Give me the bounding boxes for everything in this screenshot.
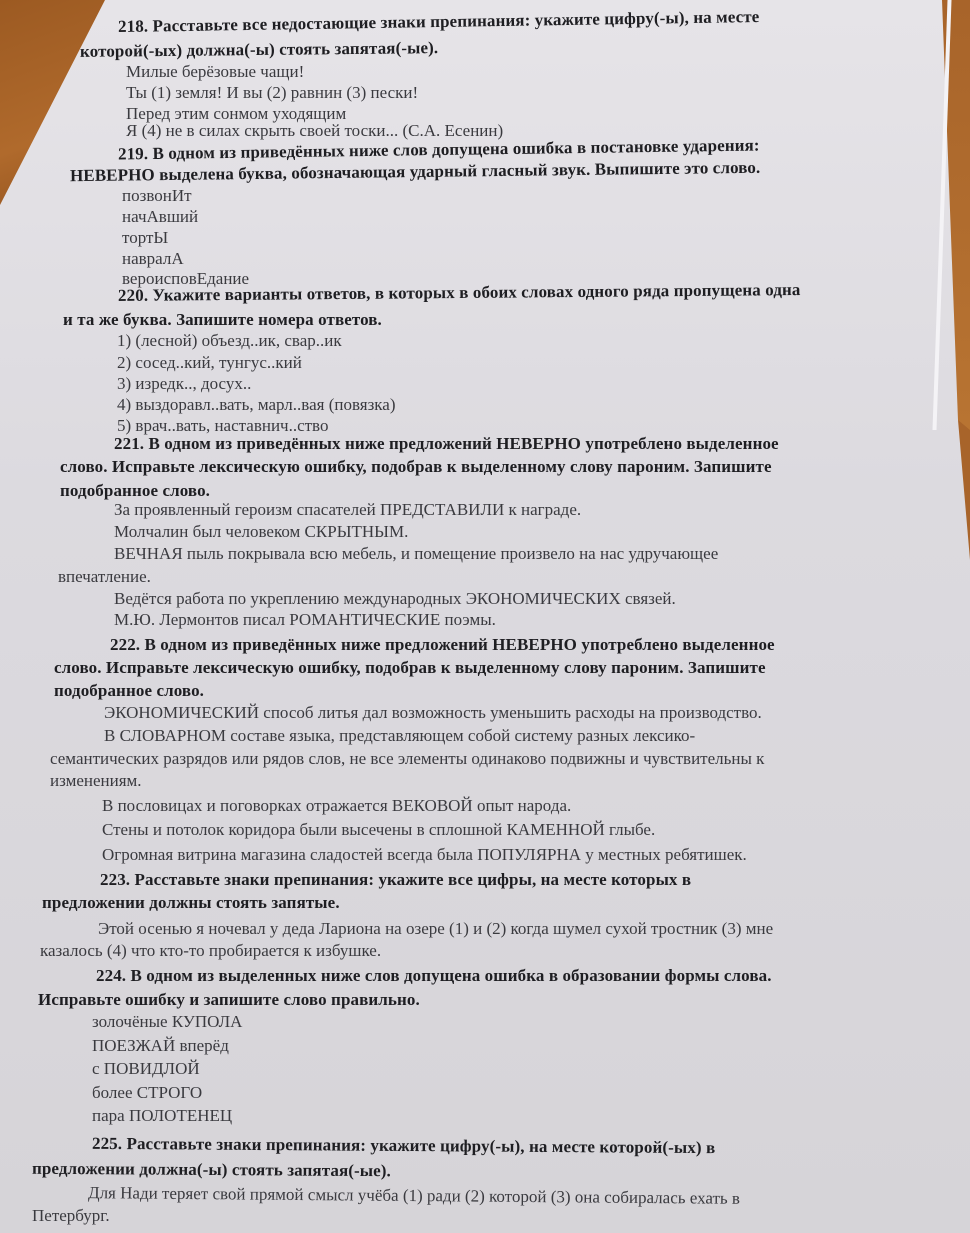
task-content-line: Петербург. xyxy=(32,1206,110,1226)
task-content-line: семантических разрядов или рядов слов, н… xyxy=(50,749,764,769)
task-content-line: Этой осенью я ночевал у деда Лариона на … xyxy=(98,919,773,939)
task-content-line: Милые берёзовые чащи! xyxy=(126,62,304,82)
task-content-line: Огромная витрина магазина сладостей всег… xyxy=(102,845,747,865)
task-instruction: 223. Расставьте знаки препинания: укажит… xyxy=(100,870,691,890)
task-instruction: 224. В одном из выделенных ниже слов доп… xyxy=(96,966,772,986)
task-content-line: Я (4) не в силах скрыть своей тоски... (… xyxy=(126,121,503,141)
task-instruction: 222. В одном из приведённых ниже предлож… xyxy=(110,635,775,655)
task-instruction: 221. В одном из приведённых ниже предлож… xyxy=(114,434,779,454)
task-content-line: золочёные КУПОЛА xyxy=(92,1012,242,1032)
task-content-line: ВЕЧНАЯ пыль покрывала всю мебель, и поме… xyxy=(114,544,718,564)
task-instruction: подобранное слово. xyxy=(54,681,204,701)
task-content-line: 2) сосед..кий, тунгус..кий xyxy=(117,353,302,373)
task-instruction: и та же буква. Запишите номера ответов. xyxy=(63,310,382,330)
task-content-line: казалось (4) что кто-то пробирается к из… xyxy=(40,941,381,961)
task-content-line: 5) врач..вать, наставнич..ство xyxy=(117,416,328,436)
task-content-line: Ведётся работа по укреплению международн… xyxy=(114,589,676,609)
task-content-line: В СЛОВАРНОМ составе языка, представляюще… xyxy=(104,726,695,746)
task-content-line: с ПОВИДЛОЙ xyxy=(92,1059,200,1079)
task-content-line: 4) выздоравл..вать, марл..вая (повязка) xyxy=(117,395,396,415)
task-content-line: За проявленный героизм спасателей ПРЕДСТ… xyxy=(114,500,581,520)
task-content-line: навралА xyxy=(122,249,184,269)
task-instruction: слово. Исправьте лексическую ошибку, под… xyxy=(60,457,772,477)
task-content-line: начАвший xyxy=(122,207,198,227)
task-instruction: подобранное слово. xyxy=(60,481,210,501)
task-instruction: которой(-ых) должна(-ы) стоять запятая(-… xyxy=(80,38,438,62)
task-content-line: 3) изредк.., досух.. xyxy=(117,374,251,394)
task-instruction: предложении должны стоять запятые. xyxy=(42,893,340,913)
task-content-line: впечатление. xyxy=(58,567,151,587)
task-content-line: тортЫ xyxy=(122,228,168,248)
task-content-line: Стены и потолок коридора были высечены в… xyxy=(102,820,655,840)
task-instruction: предложении должна(-ы) стоять запятая(-ы… xyxy=(32,1159,391,1182)
task-content-line: ЭКОНОМИЧЕСКИЙ способ литья дал возможнос… xyxy=(104,703,762,723)
task-content-line: Ты (1) земля! И вы (2) равнин (3) пески! xyxy=(126,83,418,103)
task-content-line: Молчалин был человеком СКРЫТНЫМ. xyxy=(114,522,408,542)
task-content-line: более СТРОГО xyxy=(92,1083,202,1103)
task-content-line: изменениям. xyxy=(50,771,142,791)
task-content-line: 1) (лесной) объезд..ик, свар..ик xyxy=(117,331,342,351)
task-content-line: ПОЕЗЖАЙ вперёд xyxy=(92,1036,229,1056)
task-content-line: М.Ю. Лермонтов писал РОМАНТИЧЕСКИЕ поэмы… xyxy=(114,610,496,630)
task-instruction: Исправьте ошибку и запишите слово правил… xyxy=(38,990,420,1010)
task-content-line: позвонИт xyxy=(122,186,192,206)
task-content-line: пара ПОЛОТЕНЕЦ xyxy=(92,1106,232,1126)
task-content-line: В пословицах и поговорках отражается ВЕК… xyxy=(102,796,571,816)
task-instruction: слово. Исправьте лексическую ошибку, под… xyxy=(54,658,766,678)
